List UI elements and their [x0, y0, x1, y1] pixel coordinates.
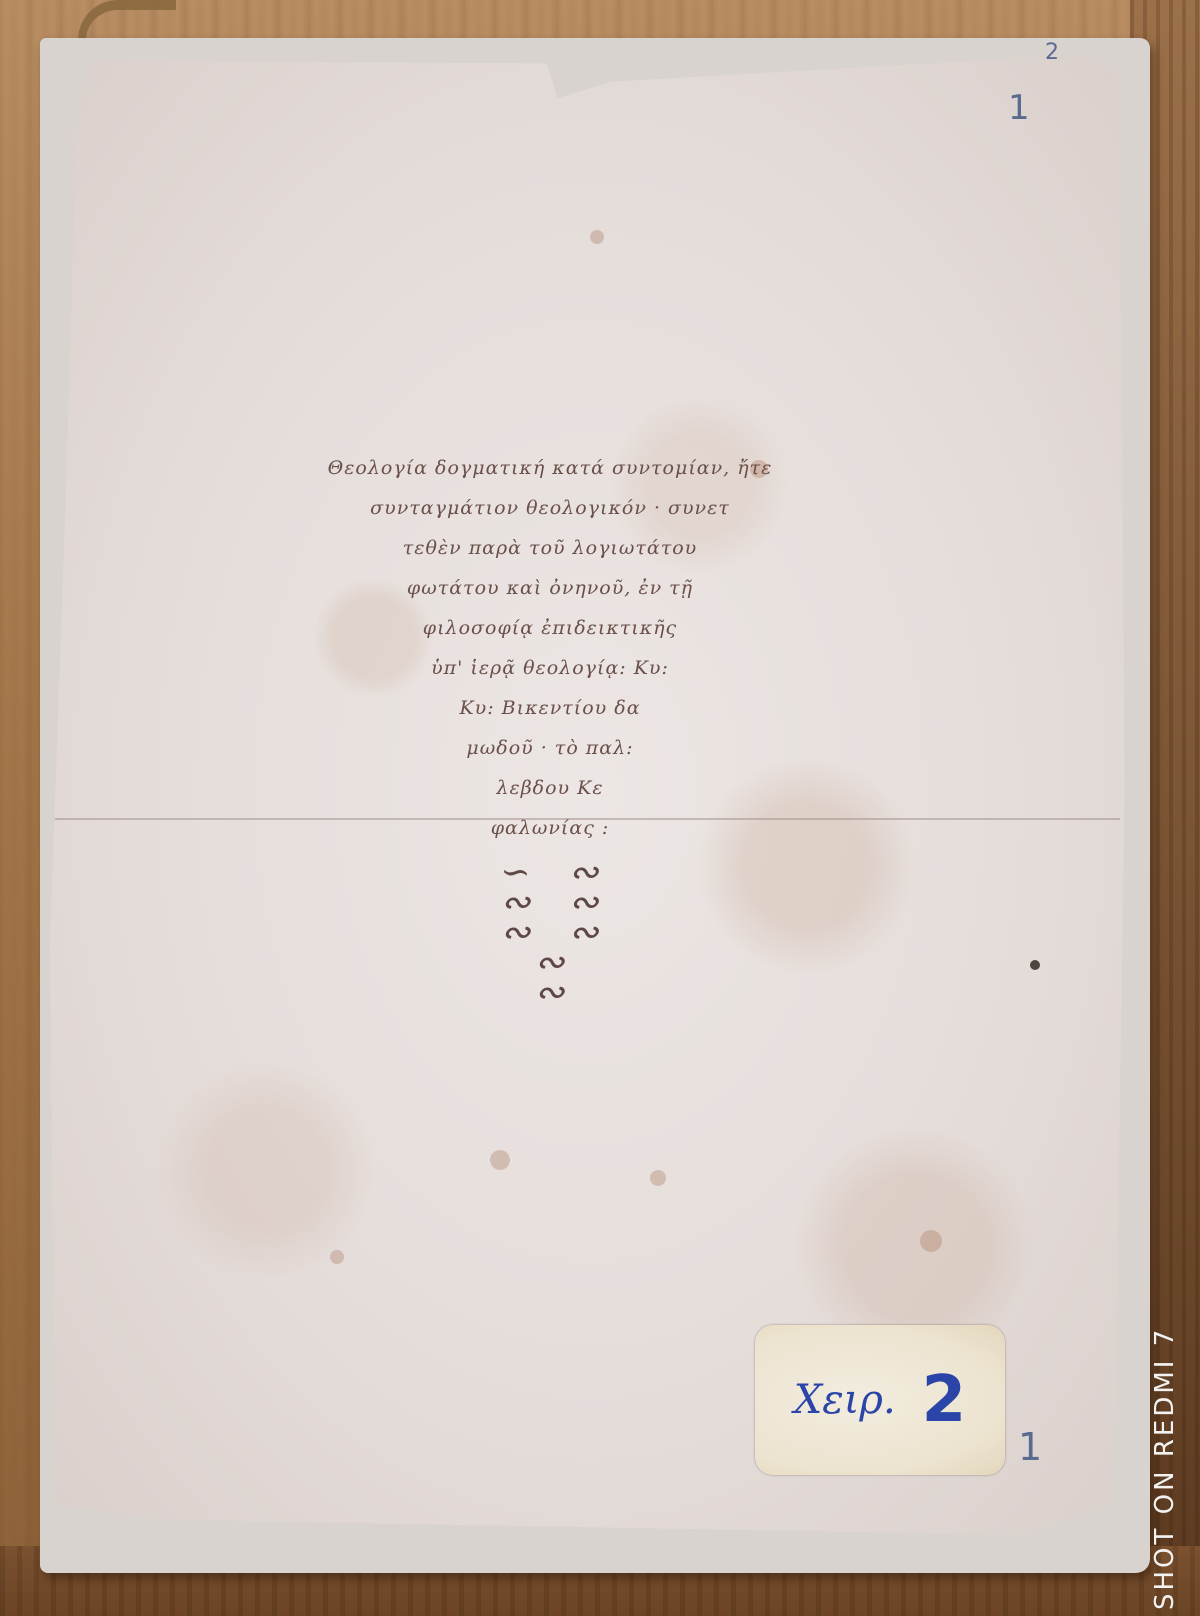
foxing-spot — [330, 1250, 344, 1264]
foxing-spot — [490, 1150, 510, 1170]
shelf-mark-text: Χειρ. — [794, 1377, 896, 1423]
title-line-9: λεβδου Κε — [270, 768, 830, 808]
camera-watermark: SHOT ON REDMI 7 — [1150, 1327, 1180, 1610]
foxing-spot — [590, 230, 604, 244]
folio-number-bottom: 1 — [1018, 1425, 1042, 1469]
title-line-1: Θεολογία δογματική κατά συντομίαν, ἤτε — [270, 448, 830, 488]
title-line-3: τεθὲν παρὰ τοῦ λογιωτάτου — [270, 528, 830, 568]
title-line-6: ὑπ' ἱερᾷ θεολογίᾳ: Κυ: — [270, 648, 830, 688]
title-line-5: φιλοσοφίᾳ ἐπιδεικτικῆς — [270, 608, 830, 648]
title-line-8: μωδοῦ · τὸ παλ: — [270, 728, 830, 768]
foxing-spot — [650, 1170, 666, 1186]
folio-number-top: 1 — [1008, 88, 1030, 128]
title-line-2: συνταγμάτιον θεολογικόν · συνετ — [270, 488, 830, 528]
foxing-spot — [920, 1230, 942, 1252]
title-line-4: φωτάτου καὶ ὀνηνοῦ, ἐν τῇ — [270, 568, 830, 608]
shelf-mark-number: 2 — [922, 1363, 967, 1437]
folio-number-top-small: 2 — [1045, 40, 1059, 65]
title-line-10: φαλωνίας : — [270, 808, 830, 848]
ink-dot — [1030, 960, 1040, 970]
handwritten-title-block: Θεολογία δογματική κατά συντομίαν, ἤτε σ… — [270, 448, 830, 1008]
shelf-mark-label: Χειρ. 2 — [755, 1325, 1005, 1475]
decorative-flourish-icon: ∽ ∾ ∾ ∾ ∾ ∾ ∾ ∾ — [270, 858, 830, 1008]
title-line-7: Κυ: Βικεντίου δα — [270, 688, 830, 728]
